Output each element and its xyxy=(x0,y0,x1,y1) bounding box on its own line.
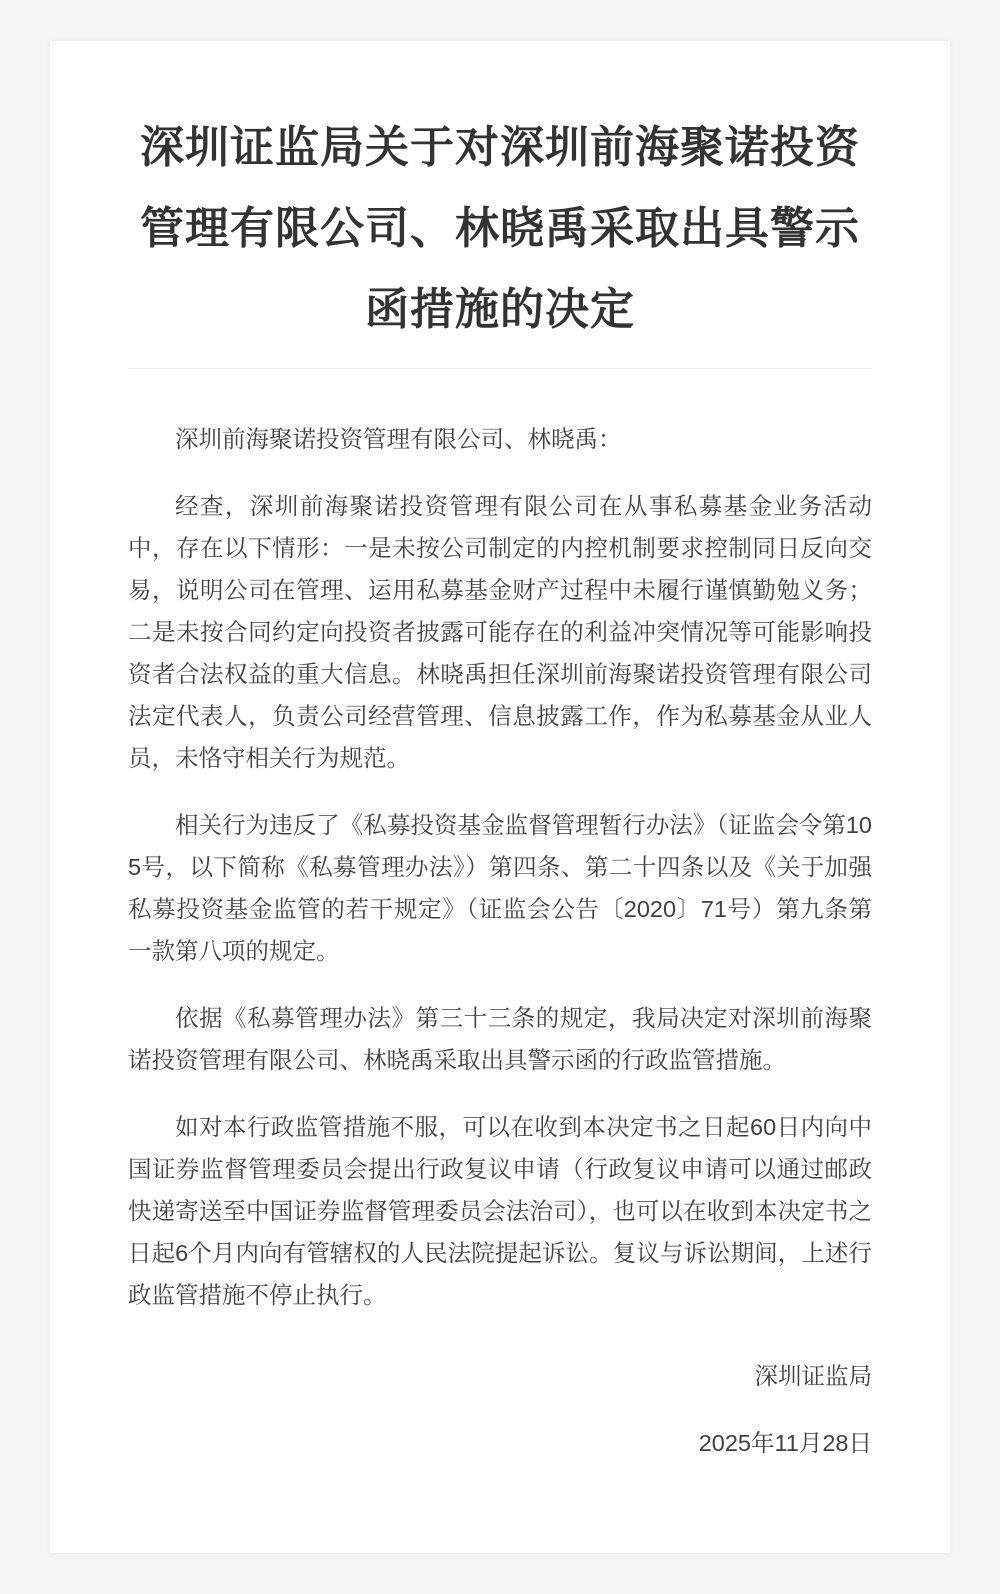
document-card: 深圳证监局关于对深圳前海聚诺投资管理有限公司、林晓禹采取出具警示函措施的决定 深… xyxy=(50,41,950,1553)
issuing-authority: 深圳证监局 xyxy=(128,1355,872,1397)
body-paragraph-decision: 依据《私募管理办法》第三十三条的规定，我局决定对深圳前海聚诺投资管理有限公司、林… xyxy=(128,997,872,1081)
page-background: 深圳证监局关于对深圳前海聚诺投资管理有限公司、林晓禹采取出具警示函措施的决定 深… xyxy=(0,0,1000,1594)
title-divider xyxy=(128,368,872,369)
document-title: 深圳证监局关于对深圳前海聚诺投资管理有限公司、林晓禹采取出具警示函措施的决定 xyxy=(128,107,872,350)
body-paragraph-appeal: 如对本行政监管措施不服，可以在收到本决定书之日起60日内向中国证券监督管理委员会… xyxy=(128,1106,872,1316)
body-paragraph-violations: 相关行为违反了《私募投资基金监督管理暂行办法》（证监会令第105号，以下简称《私… xyxy=(128,804,872,972)
body-paragraph-findings: 经查，深圳前海聚诺投资管理有限公司在从事私募基金业务活动中，存在以下情形：一是未… xyxy=(128,485,872,779)
issue-date: 2025年11月28日 xyxy=(128,1422,872,1464)
signature-block: 深圳证监局 2025年11月28日 xyxy=(128,1355,872,1464)
salutation-paragraph: 深圳前海聚诺投资管理有限公司、林晓禹： xyxy=(128,418,872,460)
